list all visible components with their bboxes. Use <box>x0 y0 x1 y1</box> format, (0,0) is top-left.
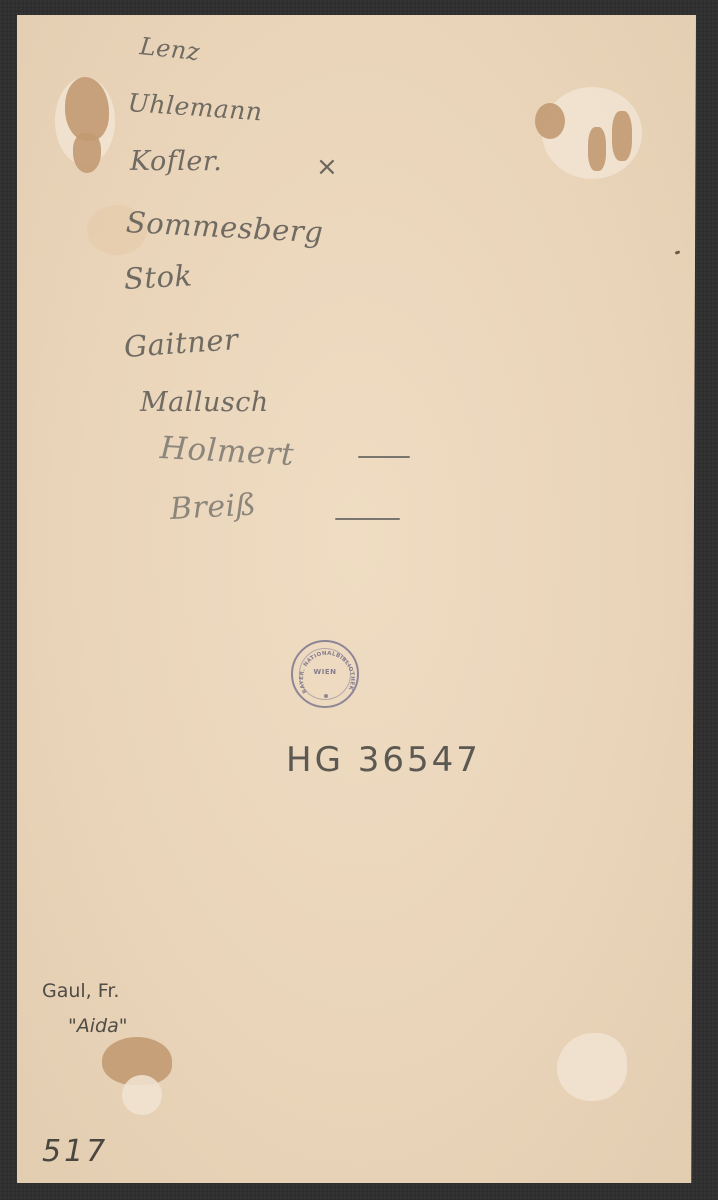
handwritten-name: Mallusch <box>140 387 269 418</box>
catalog-number: 517 <box>42 1134 108 1169</box>
shelfmark: HG 36547 <box>286 740 481 780</box>
library-stamp: BAYER. NATIONALBIBLIOTHEK WIEN <box>291 640 359 708</box>
speck <box>675 250 681 255</box>
handwritten-name: Breiß <box>169 488 257 527</box>
bottom-note-author: Gaul, Fr. <box>42 980 119 1002</box>
stain-top-left-drip <box>73 133 101 173</box>
stain-top-right-a <box>535 103 565 139</box>
stain-bottom-right <box>557 1033 627 1101</box>
stain-top-right-b <box>588 127 606 171</box>
stamp-center-text: WIEN <box>293 668 357 676</box>
stain-top-right-c <box>612 111 632 161</box>
x-mark: × <box>316 152 338 182</box>
dash-mark-2 <box>335 518 400 520</box>
handwritten-name: Stok <box>123 258 193 296</box>
handwritten-name: Kofler. <box>130 146 222 177</box>
handwritten-name: Holmert <box>159 430 295 473</box>
stamp-ring-text: BAYER. NATIONALBIBLIOTHEK <box>293 642 361 710</box>
paper-sheet <box>17 15 696 1183</box>
stamp-dot <box>324 694 328 698</box>
dash-mark-1 <box>358 456 410 458</box>
bottom-note-title: "Aida" <box>68 1015 127 1037</box>
stain-bottom-left-halo <box>122 1075 162 1115</box>
